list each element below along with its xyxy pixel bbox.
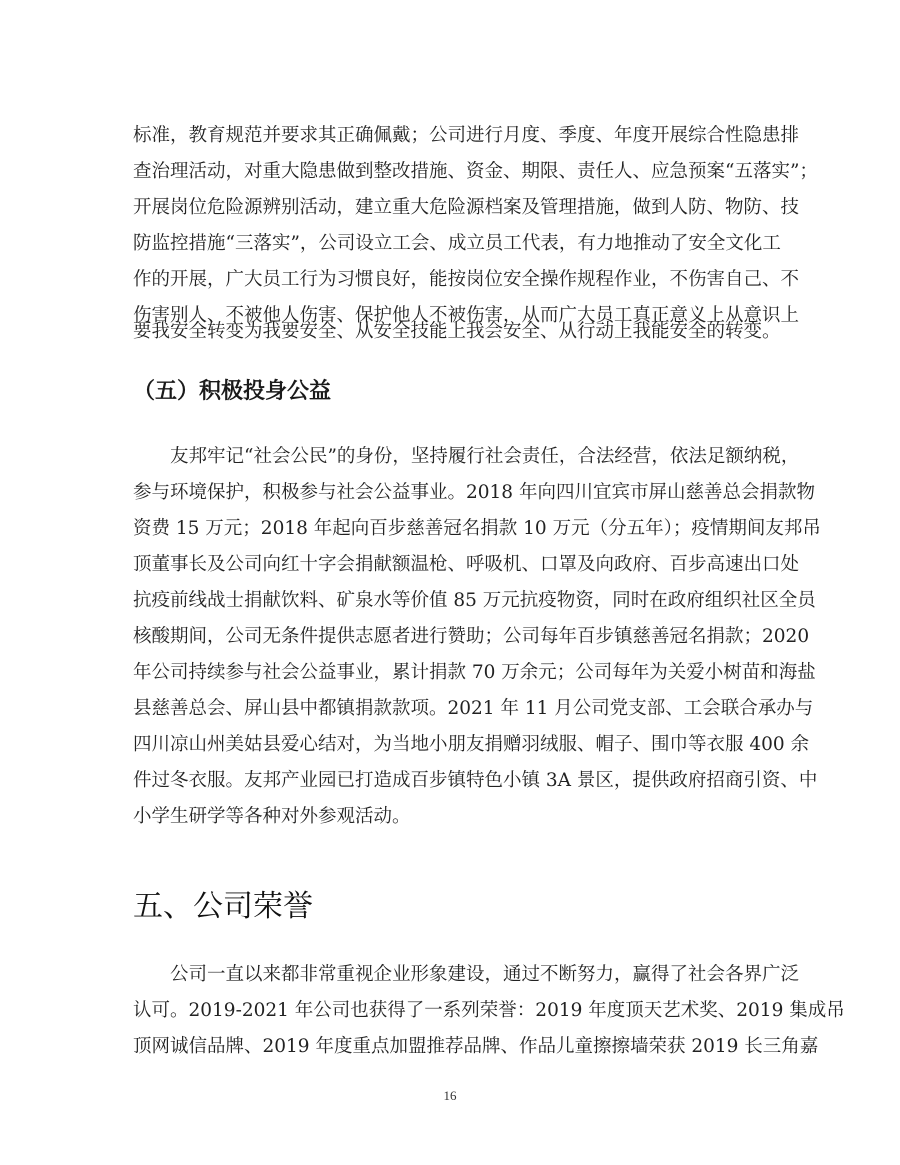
paragraph-welfare-line-5: 抗疫前线战士捐献饮料、矿泉水等价值 85 万元抗疫物资，同时在政府组织社区全员 — [133, 589, 769, 613]
page-number: 16 — [0, 1088, 900, 1104]
paragraph-safety-line-3: 开展岗位危险源辨别活动，建立重大危险源档案及管理措施，做到人防、物防、技 — [133, 196, 769, 220]
paragraph-safety-line-4: 防监控措施“三落实”，公司设立工会、成立员工代表，有力地推动了安全文化工 — [133, 232, 769, 256]
paragraph-welfare-line-1: 友邦牢记“社会公民”的身份，坚持履行社会责任，合法经营，依法足额纳税， — [170, 445, 769, 469]
paragraph-safety-line-1: 标准，教育规范并要求其正确佩戴；公司进行月度、季度、年度开展综合性隐患排 — [133, 124, 769, 148]
paragraph-welfare-line-9: 四川凉山州美姑县爱心结对，为当地小朋友捐赠羽绒服、帽子、围巾等衣服 400 余 — [133, 733, 769, 757]
chapter-heading-company-honors: 五、公司荣誉 — [133, 889, 313, 925]
paragraph-welfare-line-8: 县慈善总会、屏山县中都镇捐款款项。2021 年 11 月公司党支部、工会联合承办… — [133, 697, 769, 721]
paragraph-safety-line-5: 作的开展，广大员工行为习惯良好，能按岗位安全操作规程作业，不伤害自己、不 — [133, 268, 769, 292]
paragraph-honors-line-1: 公司一直以来都非常重视企业形象建设，通过不断努力，赢得了社会各界广泛 — [170, 963, 769, 987]
paragraph-welfare-line-10: 件过冬衣服。友邦产业园已打造成百步镇特色小镇 3A 景区，提供政府招商引资、中 — [133, 769, 769, 793]
paragraph-welfare-line-7: 年公司持续参与社会公益事业，累计捐款 70 万余元；公司每年为关爱小树苗和海盐 — [133, 661, 769, 685]
section-heading-public-welfare: （五）积极投身公益 — [133, 378, 331, 406]
document-page: 标准，教育规范并要求其正确佩戴；公司进行月度、季度、年度开展综合性隐患排 查治理… — [0, 0, 900, 1165]
paragraph-honors-line-2: 认可。2019-2021 年公司也获得了一系列荣誉：2019 年度顶天艺术奖、2… — [133, 999, 769, 1023]
paragraph-welfare-line-3: 资费 15 万元；2018 年起向百步慈善冠名捐款 10 万元（分五年）；疫情期… — [133, 517, 769, 541]
paragraph-welfare-line-4: 顶董事长及公司向红十字会捐献额温枪、呼吸机、口罩及向政府、百步高速出口处 — [133, 553, 769, 577]
paragraph-welfare-line-6: 核酸期间，公司无条件提供志愿者进行赞助；公司每年百步镇慈善冠名捐款；2020 — [133, 625, 769, 649]
paragraph-safety-line-2: 查治理活动，对重大隐患做到整改措施、资金、期限、责任人、应急预案“五落实”； — [133, 160, 769, 184]
paragraph-safety-line-7: 要我安全转变为我要安全、从安全技能上我会安全、从行动上我能安全的转变。 — [133, 320, 769, 344]
paragraph-welfare-line-11: 小学生研学等各种对外参观活动。 — [133, 805, 769, 829]
paragraph-welfare-line-2: 参与环境保护，积极参与社会公益事业。2018 年向四川宜宾市屏山慈善总会捐款物 — [133, 481, 769, 505]
paragraph-honors-line-3: 顶网诚信品牌、2019 年度重点加盟推荐品牌、作品儿童擦擦墙荣获 2019 长三… — [133, 1035, 769, 1059]
